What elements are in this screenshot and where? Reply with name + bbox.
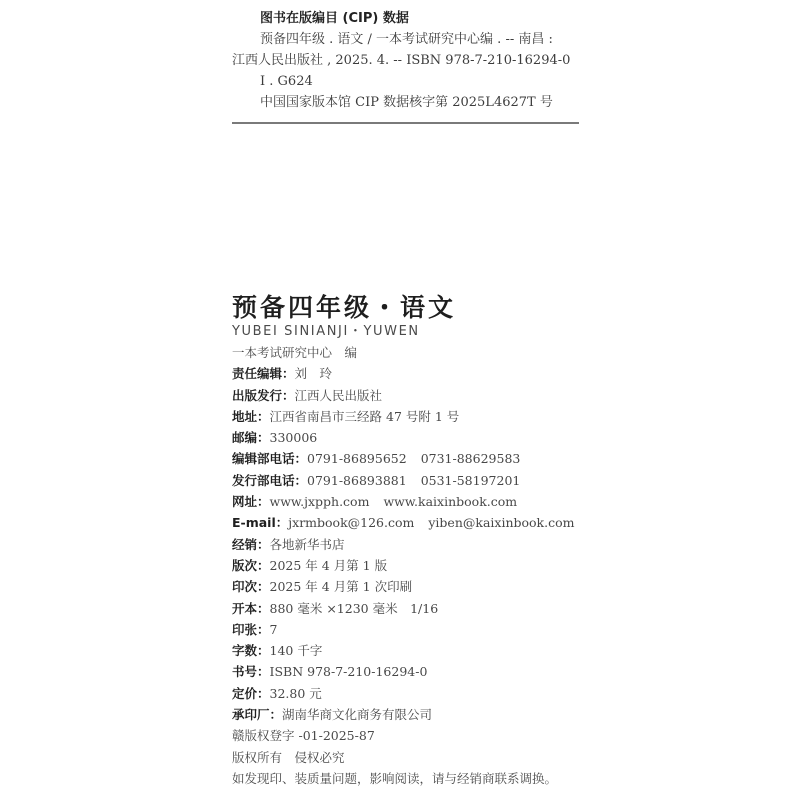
cip-line-1: 预备四年级 . 语文 / 一本考试研究中心编 . -- 南昌 : xyxy=(232,29,578,50)
cip-block: 图书在版编目 (CIP) 数据 预备四年级 . 语文 / 一本考试研究中心编 .… xyxy=(232,8,578,113)
detail-isbn: 书号：ISBN 978-7-210-16294-0 xyxy=(232,661,652,682)
detail-email: E-mail：jxrmbook@126.comyiben@kaixinbook.… xyxy=(232,512,652,533)
cip-line-4: 中国国家版本馆 CIP 数据核字第 2025L4627T 号 xyxy=(232,92,578,113)
cip-line-2: 江西人民出版社 , 2025. 4. -- ISBN 978-7-210-162… xyxy=(232,50,578,71)
detail-label: 出版发行： xyxy=(232,388,295,403)
detail-distributor: 经销：各地新华书店 xyxy=(232,534,652,555)
detail-editorial-phone: 编辑部电话：0791-868956520731-88629583 xyxy=(232,448,652,469)
detail-value-2: www.kaixinbook.com xyxy=(383,494,517,509)
detail-value-2: 0531-58197201 xyxy=(421,473,521,488)
detail-website: 网址：www.jxpph.comwww.kaixinbook.com xyxy=(232,491,652,512)
detail-label: 印张： xyxy=(232,622,270,637)
detail-label: 邮编： xyxy=(232,430,270,445)
detail-label: 编辑部电话： xyxy=(232,451,307,466)
detail-label: 地址： xyxy=(232,409,270,424)
detail-label: 版次： xyxy=(232,558,270,573)
colophon-block: 预备四年级・语文 YUBEI SINIANJI・YUWEN 一本考试研究中心 编… xyxy=(232,293,652,789)
detail-value-2: 0731-88629583 xyxy=(421,451,521,466)
detail-value: 2025 年 4 月第 1 次印刷 xyxy=(270,579,413,594)
detail-value: jxrmbook@126.com xyxy=(288,515,414,530)
detail-postcode: 邮编：330006 xyxy=(232,427,652,448)
detail-price: 定价：32.80 元 xyxy=(232,683,652,704)
quality-notice: 如发现印、装质量问题，影响阅读，请与经销商联系调换。 xyxy=(232,768,652,789)
book-title-latin: YUBEI SINIANJI・YUWEN xyxy=(232,323,652,342)
detail-label: E-mail： xyxy=(232,515,288,530)
detail-publisher: 出版发行：江西人民出版社 xyxy=(232,385,652,406)
detail-value: www.jxpph.com xyxy=(270,494,370,509)
detail-value: 湖南华商文化商务有限公司 xyxy=(282,707,432,722)
detail-label: 印次： xyxy=(232,579,270,594)
detail-editor: 责任编辑：刘 玲 xyxy=(232,363,652,384)
detail-value-2: yiben@kaixinbook.com xyxy=(428,515,574,530)
detail-value: 330006 xyxy=(270,430,318,445)
detail-format: 开本：880 毫米 ×1230 毫米 1/16 xyxy=(232,598,652,619)
detail-word-count: 字数：140 千字 xyxy=(232,640,652,661)
detail-label: 开本： xyxy=(232,601,270,616)
detail-address: 地址：江西省南昌市三经路 47 号附 1 号 xyxy=(232,406,652,427)
detail-printing: 印次：2025 年 4 月第 1 次印刷 xyxy=(232,576,652,597)
detail-label: 网址： xyxy=(232,494,270,509)
detail-label: 责任编辑： xyxy=(232,366,295,381)
rights-reserved: 版权所有 侵权必究 xyxy=(232,747,652,768)
detail-value: 江西人民出版社 xyxy=(295,388,383,403)
detail-value: 32.80 元 xyxy=(270,686,322,701)
detail-value: 0791-86895652 xyxy=(307,451,407,466)
detail-label: 定价： xyxy=(232,686,270,701)
detail-value: 刘 玲 xyxy=(295,366,333,381)
detail-value: 各地新华书店 xyxy=(270,537,345,552)
detail-label: 经销： xyxy=(232,537,270,552)
cip-line-3: Ⅰ . G624 xyxy=(232,71,578,92)
detail-value: 0791-86893881 xyxy=(307,473,407,488)
detail-label: 字数： xyxy=(232,643,270,658)
detail-distribution-phone: 发行部电话：0791-868938810531-58197201 xyxy=(232,470,652,491)
detail-printer: 承印厂：湖南华商文化商务有限公司 xyxy=(232,704,652,725)
detail-value: 140 千字 xyxy=(270,643,323,658)
detail-value: 江西省南昌市三经路 47 号附 1 号 xyxy=(270,409,460,424)
detail-value: 880 毫米 ×1230 毫米 1/16 xyxy=(270,601,439,616)
cip-title: 图书在版编目 (CIP) 数据 xyxy=(232,8,578,29)
detail-value: 2025 年 4 月第 1 版 xyxy=(270,558,388,573)
detail-sheets: 印张：7 xyxy=(232,619,652,640)
detail-label: 承印厂： xyxy=(232,707,282,722)
book-title: 预备四年级・语文 xyxy=(232,293,652,323)
copyright-registration: 赣版权登字 -01-2025-87 xyxy=(232,725,652,746)
detail-label: 发行部电话： xyxy=(232,473,307,488)
book-author: 一本考试研究中心 编 xyxy=(232,342,652,363)
detail-value: ISBN 978-7-210-16294-0 xyxy=(270,664,428,679)
detail-label: 书号： xyxy=(232,664,270,679)
detail-value: 7 xyxy=(270,622,278,637)
detail-edition: 版次：2025 年 4 月第 1 版 xyxy=(232,555,652,576)
cip-divider xyxy=(232,122,579,124)
